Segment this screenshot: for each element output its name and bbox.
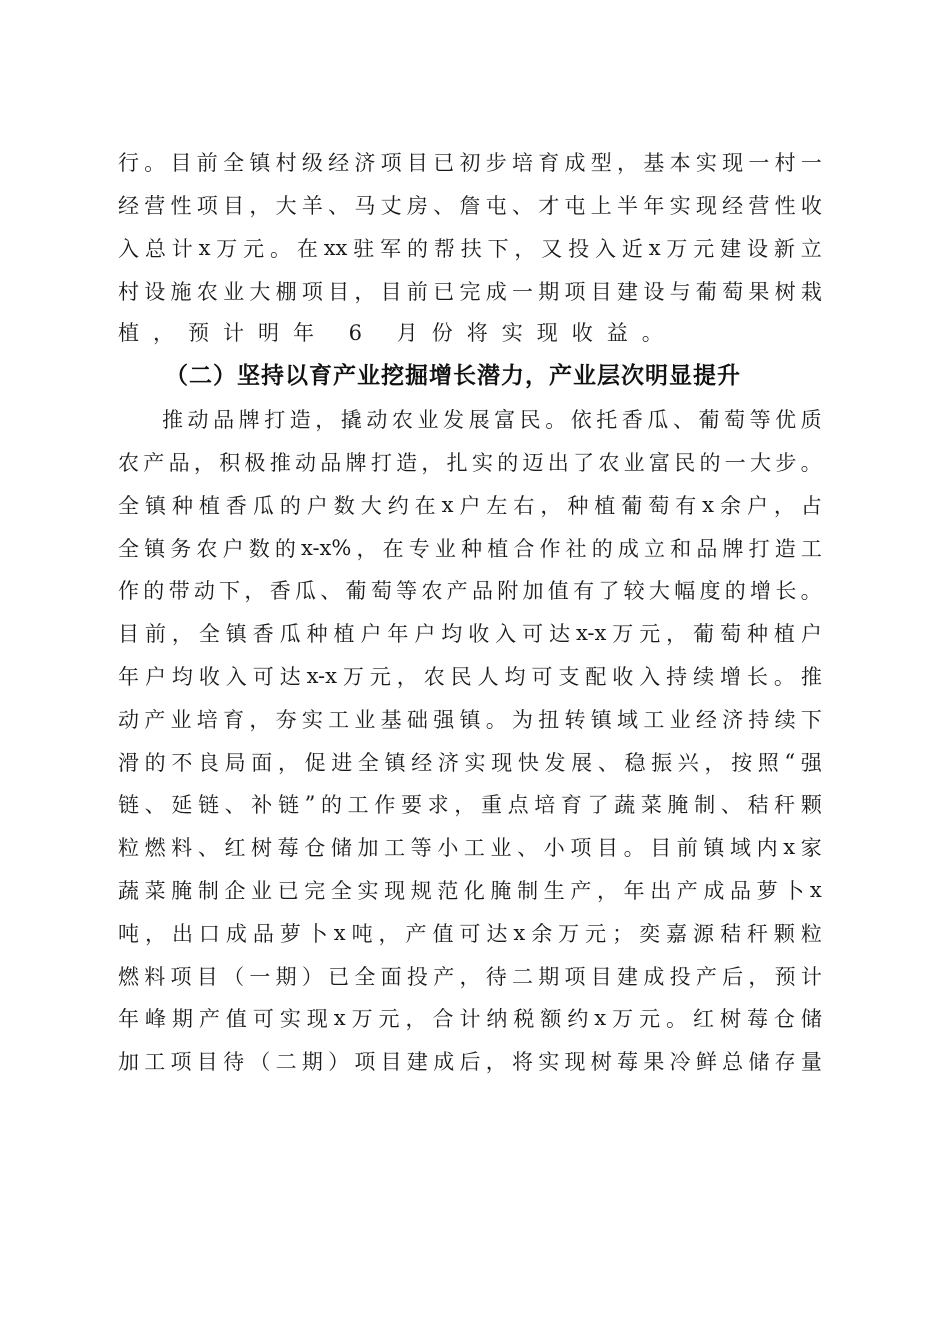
body-line: 加工项目待（二期）项目建成后，将实现树莓果冷鲜总储存量	[118, 1040, 822, 1083]
body-line: 年户均收入可达x-x万元，农民人均可支配收入持续增长。推	[118, 655, 822, 698]
document-page: 行。目前全镇村级经济项目已初步培育成型，基本实现一村一 经营性项目，大羊、马丈房…	[0, 0, 950, 1344]
section-heading: （二）坚持以育产业挖掘增长潜力，产业层次明显提升	[118, 355, 822, 398]
body-line: 目前，全镇香瓜种植户年户均收入可达x-x万元，葡萄种植户	[118, 612, 822, 655]
paragraph-first-line: 推动品牌打造，撬动农业发展富民。依托香瓜、葡萄等优质	[118, 398, 822, 441]
document-body: 行。目前全镇村级经济项目已初步培育成型，基本实现一村一 经营性项目，大羊、马丈房…	[118, 141, 822, 1083]
body-line: 动产业培育，夯实工业基础强镇。为扭转镇域工业经济持续下	[118, 697, 822, 740]
body-line: 村设施农业大棚项目，目前已完成一期项目建设与葡萄果树栽	[118, 269, 822, 312]
body-line: 农产品，积极推动品牌打造，扎实的迈出了农业富民的一大步。	[118, 441, 822, 484]
body-line: 滑的不良局面，促进全镇经济实现快发展、稳振兴，按照“强	[118, 740, 822, 783]
body-line: 经营性项目，大羊、马丈房、詹屯、才屯上半年实现经营性收	[118, 184, 822, 227]
body-line: 吨，出口成品萝卜x吨，产值可达x余万元；奕嘉源秸秆颗粒	[118, 911, 822, 954]
body-line: 入总计x万元。在xx驻军的帮扶下，又投入近x万元建设新立	[118, 227, 822, 270]
body-line: 全镇务农户数的x-x%，在专业种植合作社的成立和品牌打造工	[118, 526, 822, 569]
body-line: 年峰期产值可实现x万元，合计纳税额约x万元。红树莓仓储	[118, 997, 822, 1040]
body-line: 作的带动下，香瓜、葡萄等农产品附加值有了较大幅度的增长。	[118, 569, 822, 612]
body-line: 燃料项目（一期）已全面投产，待二期项目建成投产后，预计	[118, 954, 822, 997]
body-line: 全镇种植香瓜的户数大约在x户左右，种植葡萄有x余户，占	[118, 483, 822, 526]
paragraph-end-line: 植，预计明年 6 月份将实现收益。	[118, 312, 822, 355]
body-line: 粒燃料、红树莓仓储加工等小工业、小项目。目前镇域内x家	[118, 826, 822, 869]
body-line: 蔬菜腌制企业已完全实现规范化腌制生产，年出产成品萝卜x	[118, 869, 822, 912]
body-line: 行。目前全镇村级经济项目已初步培育成型，基本实现一村一	[118, 141, 822, 184]
body-line: 链、延链、补链”的工作要求，重点培育了蔬菜腌制、秸秆颗	[118, 783, 822, 826]
